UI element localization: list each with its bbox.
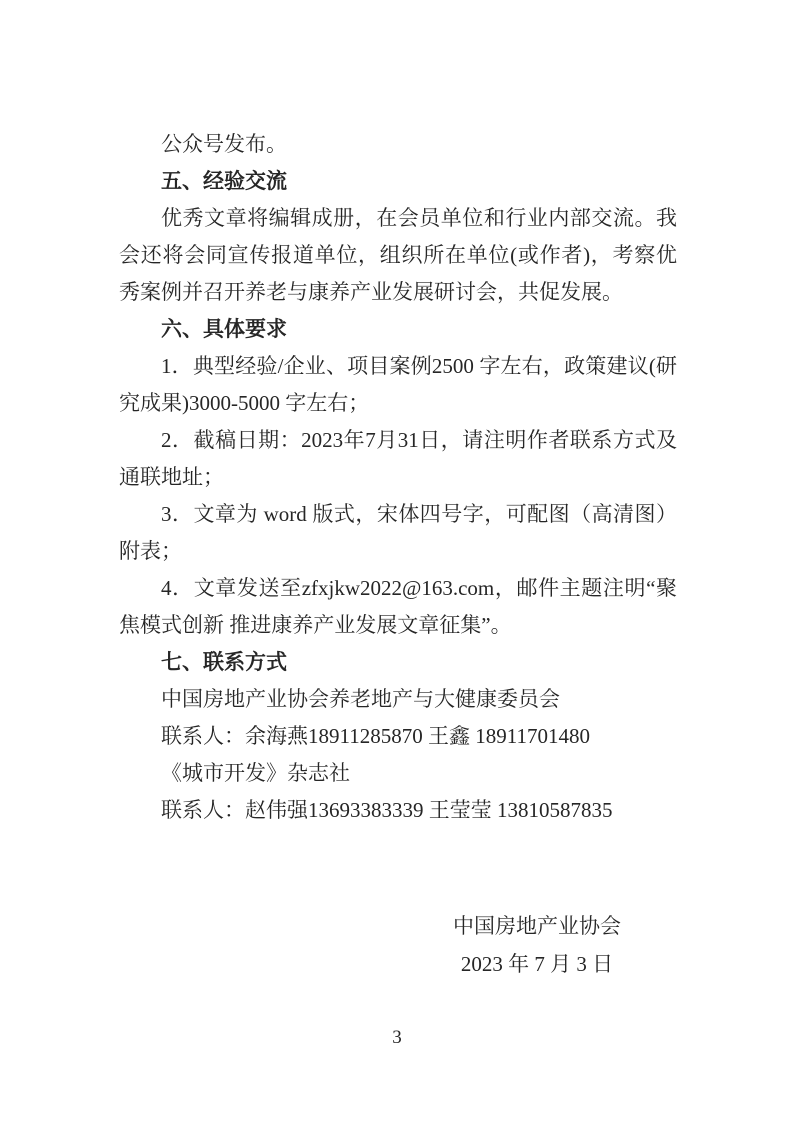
requirement-item-1: 1．典型经验/企业、项目案例2500 字左右，政策建议(研究成果)3000-50… [119,348,677,422]
requirement-item-3: 3．文章为 word 版式，宋体四号字，可配图（高清图）附表； [119,496,677,570]
contact-line-committee: 中国房地产业协会养老地产与大健康委员会 [119,681,677,718]
document-page: 公众号发布。 五、经验交流 优秀文章将编辑成册，在会员单位和行业内部交流。我会还… [0,0,794,1123]
page-number: 3 [0,1026,794,1050]
signature-block: 中国房地产业协会 2023 年 7 月 3 日 [453,907,621,983]
contact-line-magazine-persons: 联系人：赵伟强13693383339 王莹莹 13810587835 [119,792,677,829]
requirement-item-2: 2．截稿日期：2023年7月31日，请注明作者联系方式及通联地址； [119,422,677,496]
paragraph-experience-exchange: 优秀文章将编辑成册，在会员单位和行业内部交流。我会还将会同宣传报道单位，组织所在… [119,200,677,311]
paragraph-continuation: 公众号发布。 [119,126,677,163]
contact-line-committee-persons: 联系人：余海燕18911285870 王鑫 18911701480 [119,718,677,755]
document-body: 公众号发布。 五、经验交流 优秀文章将编辑成册，在会员单位和行业内部交流。我会还… [119,126,677,983]
signature-date: 2023 年 7 月 3 日 [461,945,613,983]
section-heading-contact-info: 七、联系方式 [119,644,677,681]
requirement-item-4: 4．文章发送至zfxjkw2022@163.com，邮件主题注明“聚焦模式创新 … [119,570,677,644]
section-heading-experience-exchange: 五、经验交流 [119,163,677,200]
signature-organization: 中国房地产业协会 [453,907,621,945]
section-heading-specific-requirements: 六、具体要求 [119,311,677,348]
contact-line-magazine: 《城市开发》杂志社 [119,755,677,792]
